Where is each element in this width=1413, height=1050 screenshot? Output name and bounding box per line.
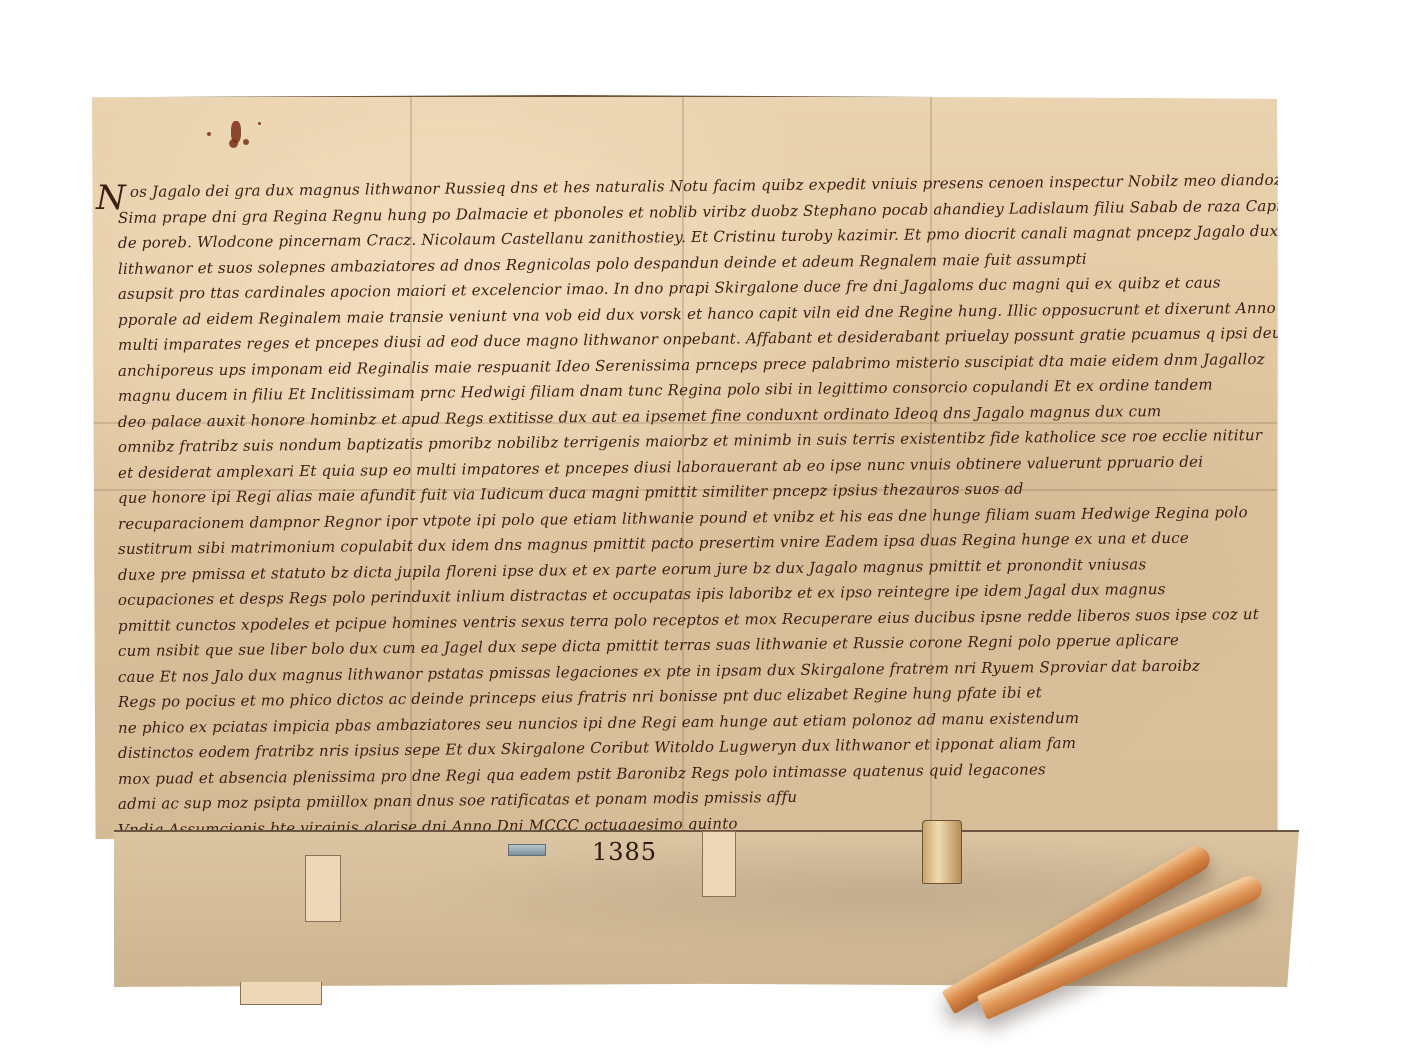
- parchment-tag: [702, 831, 736, 897]
- ink-stain: [243, 139, 249, 145]
- year-annotation: 1385: [592, 838, 657, 866]
- parchment-tag: [240, 982, 322, 1005]
- seal-slot: [922, 820, 962, 884]
- charter-text: os Jagalo dei gra dux magnus lithwanor R…: [118, 180, 1278, 843]
- parchment-tag: [305, 855, 341, 922]
- ink-stain: [207, 132, 211, 136]
- ink-stain: [258, 122, 261, 125]
- metal-clip: [508, 844, 546, 856]
- ink-stain: [229, 139, 238, 148]
